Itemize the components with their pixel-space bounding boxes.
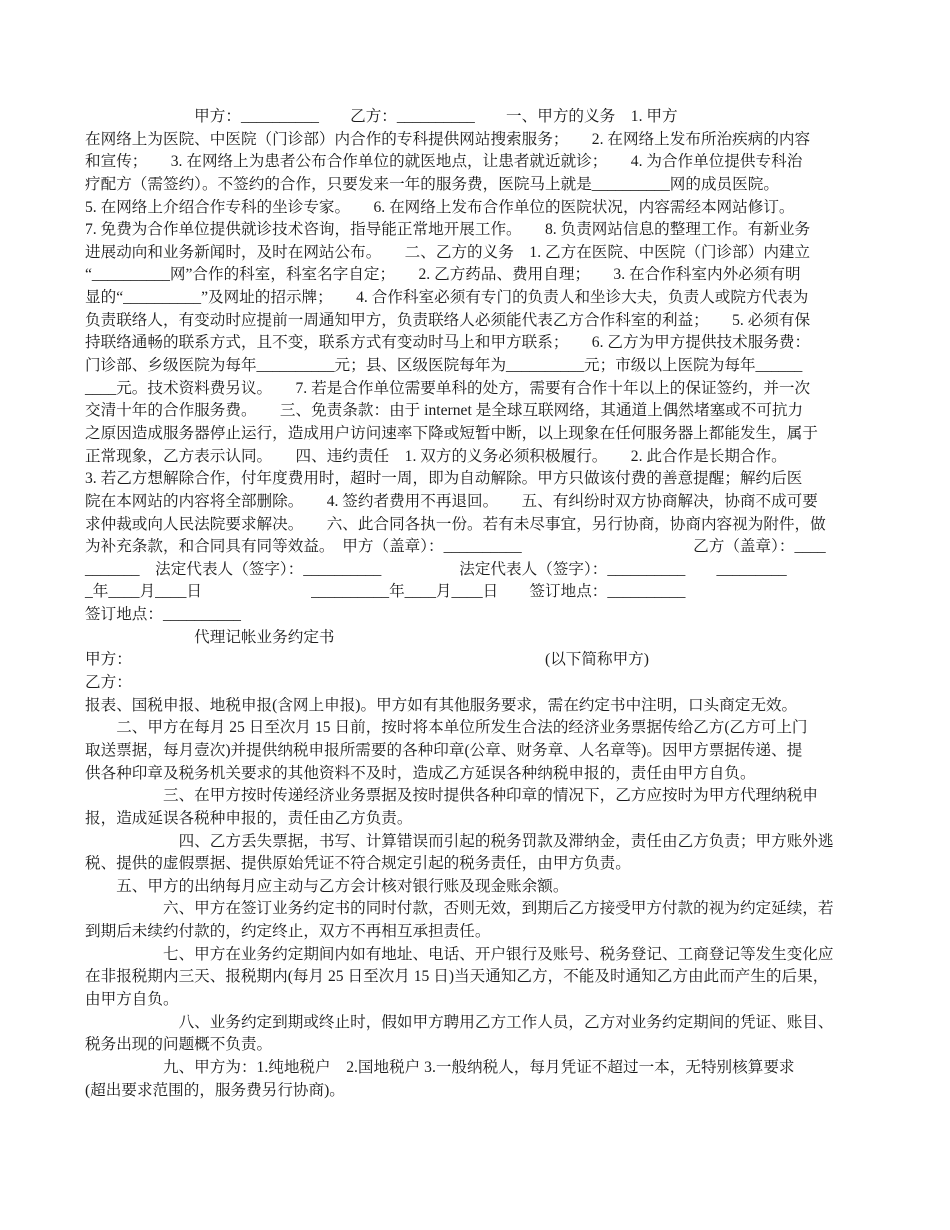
doc-line-27: 报表、国税申报、地税申报(含网上申报)。甲方如有其他服务要求，需在约定书中注明，…: [85, 695, 875, 718]
doc-line-28: 二、甲方在每月 25 日至次月 15 日前，按时将本单位所发生合法的经济业务票据…: [85, 717, 875, 740]
doc-title-line: 代理记帐业务约定书: [85, 627, 875, 650]
doc-line-40: 由甲方自负。: [85, 989, 875, 1012]
doc-line-15: 之原因造成服务器停止运行，造成用户访问速率下降或短暂中断，以上现象在任何服务器上…: [85, 423, 875, 446]
doc-line-11: 持联络通畅的联系方式，且不变，联系方式有变动时马上和甲方联系； 6. 乙方为甲方…: [85, 332, 875, 355]
doc-line-8: “__________网”合作的科室，科室名字自定； 2. 乙方药品、费用自理；…: [85, 264, 875, 287]
doc-line-39: 在非报税期内三天、报税期内(每月 25 日至次月 15 日)当天通知乙方，不能及…: [85, 966, 875, 989]
doc-line-41: 八、业务约定到期或终止时，假如甲方聘用乙方工作人员，乙方对业务约定期间的凭证、账…: [85, 1012, 875, 1035]
doc-line-7: 进展动向和业务新闻时，及时在网站公布。 二、乙方的义务 1. 乙方在医院、中医院…: [85, 242, 875, 265]
doc-line-29: 取送票据，每月壹次)并提供纳税申报所需要的各种印章(公章、财务章、人名章等)。因…: [85, 740, 875, 763]
doc-line-22: _年____月____日 __________年____月____日 签订地点：…: [85, 581, 875, 604]
document-page: 甲方：__________ 乙方：__________ 一、甲方的义务 1. 甲…: [0, 0, 950, 1230]
doc-line-23: 签订地点：__________: [85, 604, 875, 627]
doc-line-6: 7. 免费为合作单位提供就诊技术咨询，指导能正常地开展工作。 8. 负责网站信息…: [85, 219, 875, 242]
doc-line-31: 三、在甲方按时传递经济业务票据及按时提供各种印章的情况下，乙方应按时为甲方代理纳…: [85, 785, 875, 808]
doc-line-1: 甲方：__________ 乙方：__________ 一、甲方的义务 1. 甲…: [85, 106, 875, 129]
doc-line-35: 五、甲方的出纳每月应主动与乙方会计核对银行账及现金账余额。: [85, 876, 875, 899]
doc-line-44: (超出要求范围的，服务费另行协商)。: [85, 1080, 875, 1103]
doc-line-20: 为补充条款，和合同具有同等效益。 甲方（盖章）：__________ 乙方（盖章…: [85, 536, 875, 559]
doc-line-3: 和宣传； 3. 在网络上为患者公布合作单位的就医地点，让患者就近就诊； 4. 为…: [85, 151, 875, 174]
document-body: 甲方：__________ 乙方：__________ 一、甲方的义务 1. 甲…: [85, 106, 875, 1102]
doc-line-16: 正常现象，乙方表示认同。 四、违约责任 1. 双方的义务必须积极履行。 2. 此…: [85, 446, 875, 469]
doc-line-26: 乙方：: [85, 672, 875, 695]
doc-line-5: 5. 在网络上介绍合作专科的坐诊专家。 6. 在网络上发布合作单位的医院状况，内…: [85, 197, 875, 220]
doc-line-37: 到期后未续约付款的，约定终止，双方不再相互承担责任。: [85, 921, 875, 944]
doc-line-21: _______ 法定代表人（签字）：__________ 法定代表人（签字）：_…: [85, 559, 875, 582]
doc-line-42: 税务出现的问题概不负责。: [85, 1034, 875, 1057]
doc-line-2: 在网络上为医院、中医院（门诊部）内合作的专科提供网站搜索服务； 2. 在网络上发…: [85, 129, 875, 152]
doc-line-4: 疗配方（需签约）。不签约的合作，只要发来一年的服务费，医院马上就是_______…: [85, 174, 875, 197]
doc-line-9: 显的“__________”及网址的招示牌； 4. 合作科室必须有专门的负责人和…: [85, 287, 875, 310]
doc-line-13: ____元。技术资料费另议。 7. 若是合作单位需要单科的处方，需要有合作十年以…: [85, 378, 875, 401]
doc-line-43: 九、甲方为：1.纯地税户 2.国地税户 3.一般纳税人，每月凭证不超过一本，无特…: [85, 1057, 875, 1080]
doc-line-38: 七、甲方在业务约定期间内如有地址、电话、开户银行及账号、税务登记、工商登记等发生…: [85, 944, 875, 967]
doc-line-25: 甲方： (以下简称甲方): [85, 649, 875, 672]
doc-line-30: 供各种印章及税务机关要求的其他资料不及时，造成乙方延误各种纳税申报的，责任由甲方…: [85, 763, 875, 786]
doc-line-17: 3. 若乙方想解除合作，付年度费用时，超时一周，即为自动解除。甲方只做该付费的善…: [85, 468, 875, 491]
doc-line-19: 求仲裁或向人民法院要求解决。 六、此合同各执一份。若有未尽事宜，另行协商，协商内…: [85, 514, 875, 537]
doc-line-14: 交清十年的合作服务费。 三、免责条款：由于 internet 是全球互联网络，其…: [85, 400, 875, 423]
doc-line-34: 税、提供的虚假票据、提供原始凭证不符合规定引起的税务责任，由甲方负责。: [85, 853, 875, 876]
doc-line-12: 门诊部、乡级医院为每年__________元；县、区级医院每年为________…: [85, 355, 875, 378]
doc-line-10: 负责联络人，有变动时应提前一周通知甲方，负责联络人必须能代表乙方合作科室的利益；…: [85, 310, 875, 333]
doc-line-18: 院在本网站的内容将全部删除。 4. 签约者费用不再退回。 五、有纠纷时双方协商解…: [85, 491, 875, 514]
doc-line-32: 报，造成延误各税种申报的，责任由乙方负责。: [85, 808, 875, 831]
doc-line-36: 六、甲方在签订业务约定书的同时付款，否则无效，到期后乙方接受甲方付款的视为约定延…: [85, 898, 875, 921]
doc-line-33: 四、乙方丢失票据，书写、计算错误而引起的税务罚款及滞纳金，责任由乙方负责；甲方账…: [85, 831, 875, 854]
